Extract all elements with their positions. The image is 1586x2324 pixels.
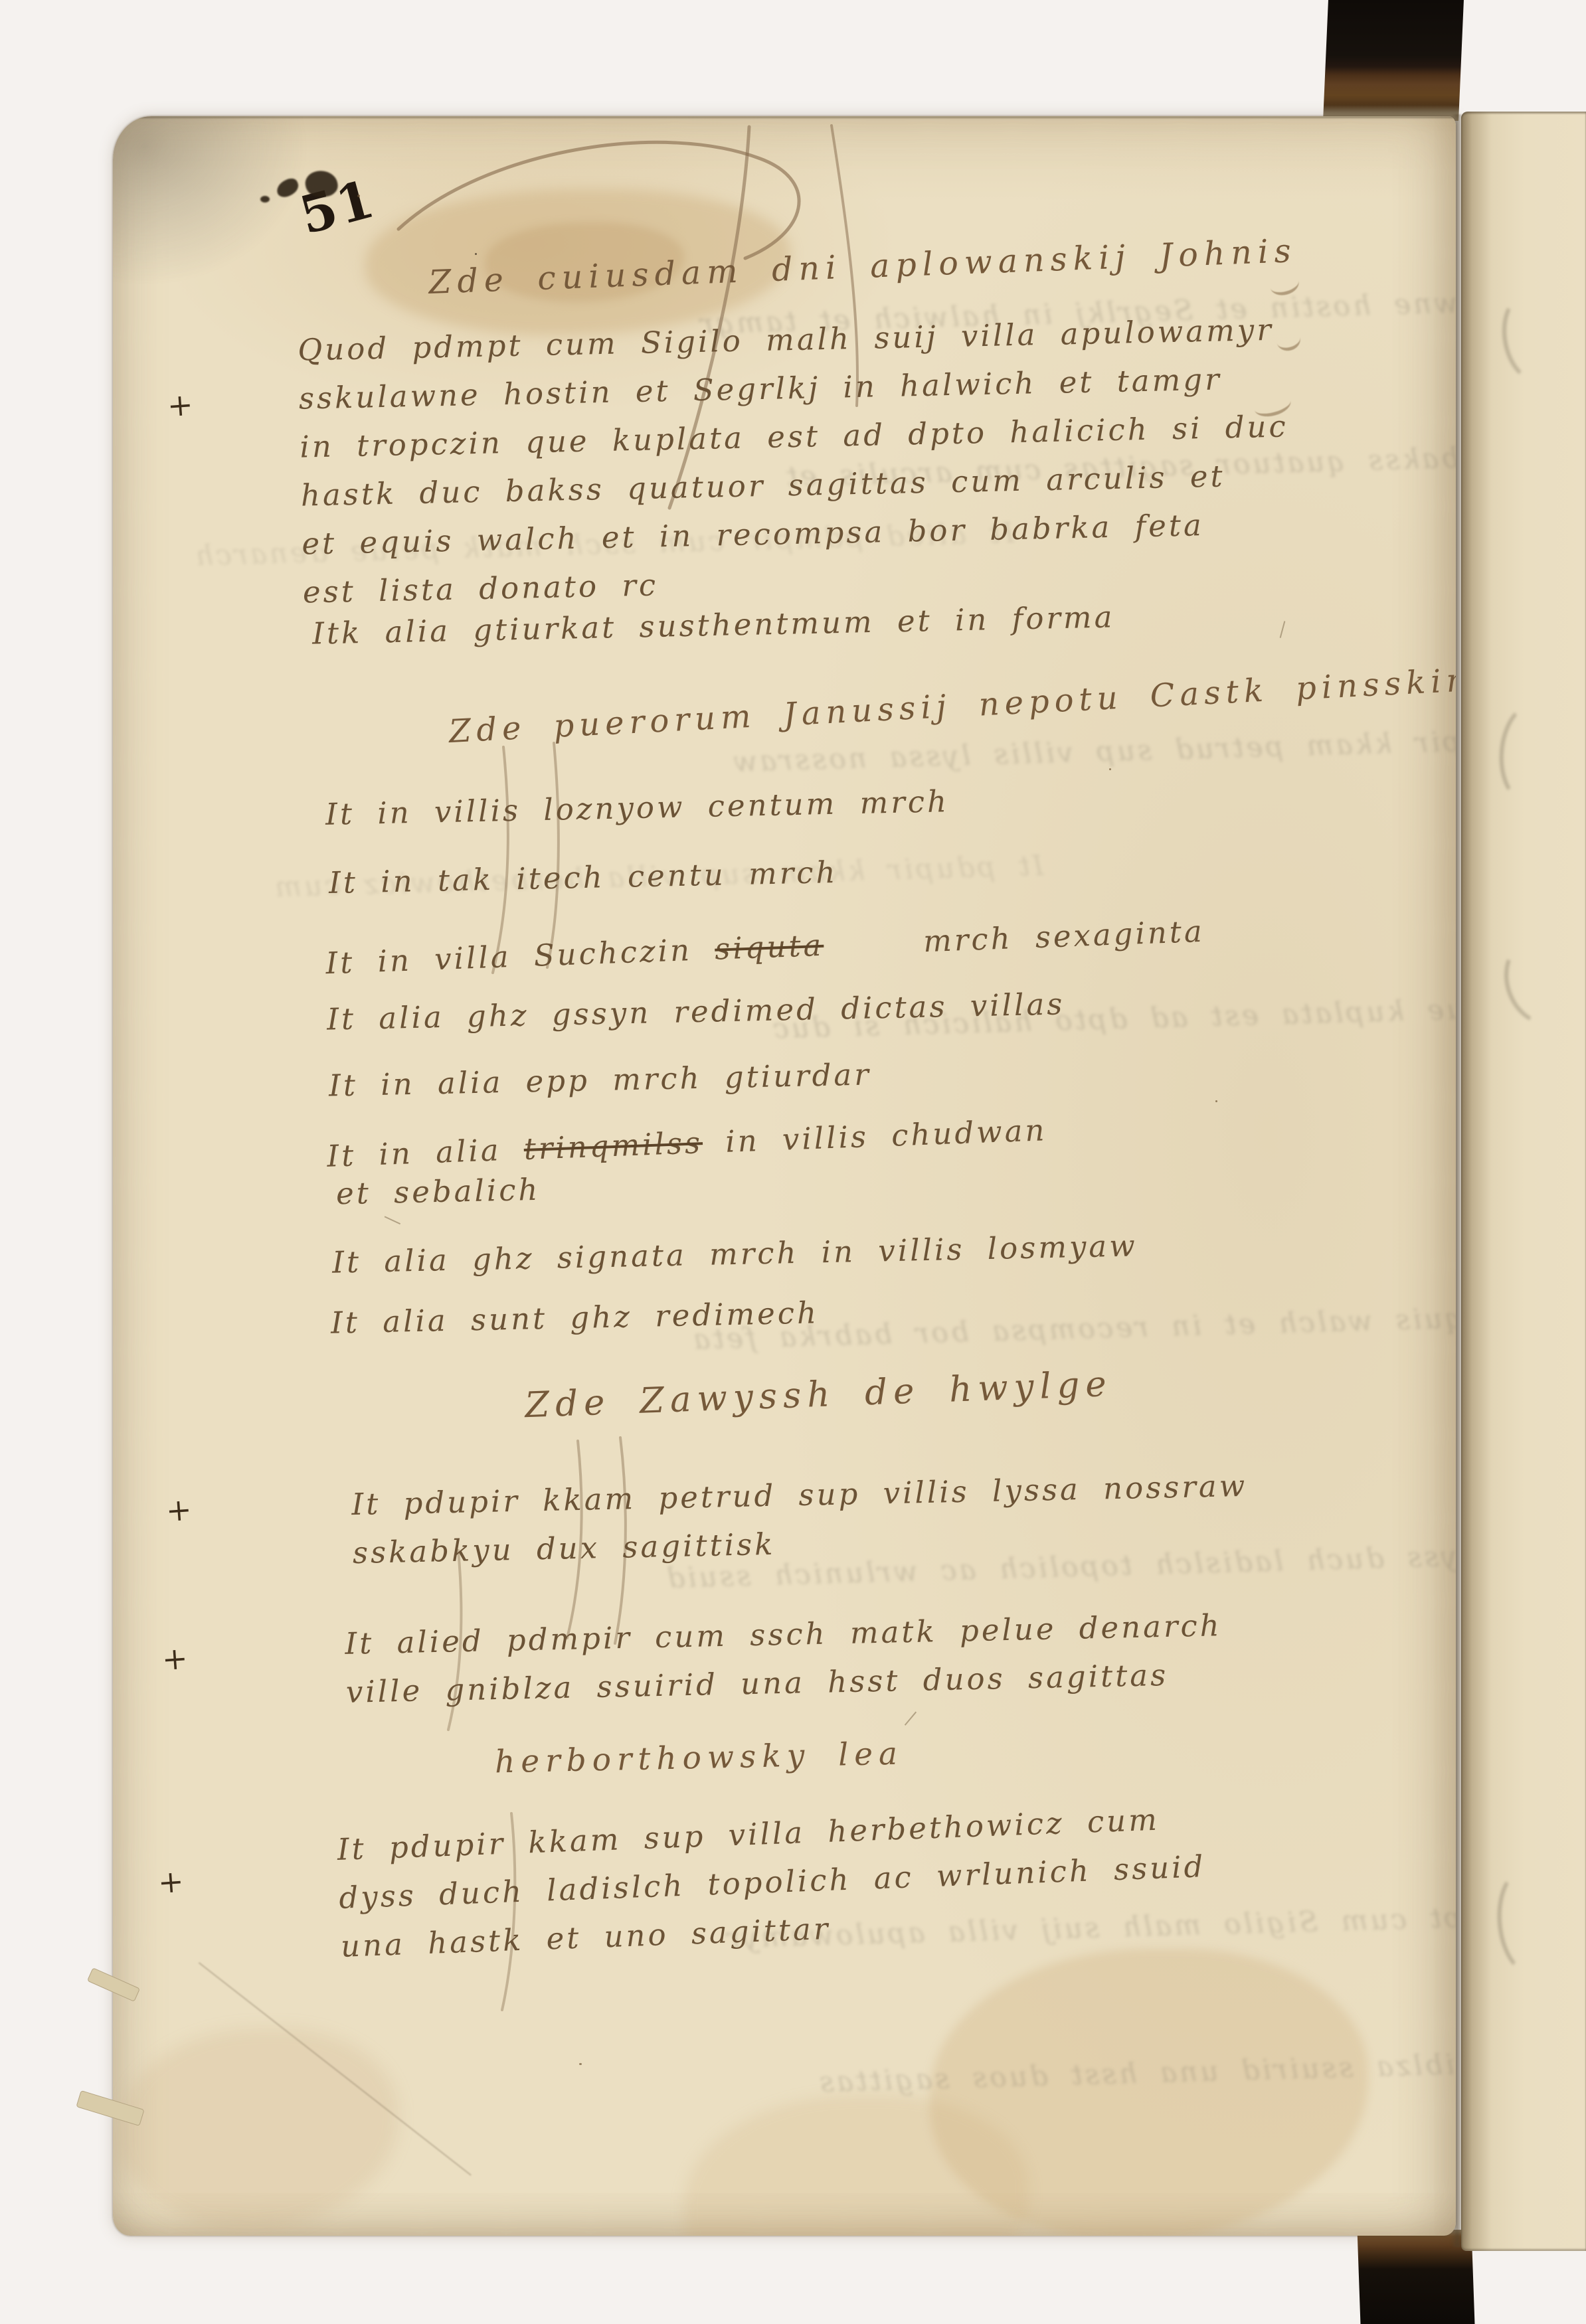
paper-fiber: [905, 1712, 917, 1726]
paper-speck: [1215, 1100, 1217, 1102]
ink-smudge: [260, 196, 270, 203]
paragraph: Quod pdmpt cum Sigilo malh suij villa ap…: [298, 305, 1292, 616]
entry-line: It alia ghz signata mrch in villis losmy…: [331, 1221, 1138, 1286]
entry-text: in villis chudwan: [702, 1112, 1047, 1160]
struck-word: siquta: [714, 928, 824, 967]
bleed-through-mark: [1496, 290, 1565, 386]
section-heading: Zde Zawyssh de hwylge: [524, 1364, 1113, 1426]
bleed-through-mark: [1493, 1865, 1563, 1977]
marginal-cross: +: [165, 1491, 193, 1529]
paragraph: It alied pdmpir cum ssch matk pelue dena…: [345, 1601, 1223, 1716]
entry-line: It in alia epp mrch gtiurdar: [328, 1050, 871, 1110]
entry-text: It in villa Suchczin: [325, 932, 715, 981]
paper-fiber: [1280, 621, 1285, 638]
binding-strap-top: [1323, 0, 1464, 121]
marginal-cross: +: [166, 386, 194, 424]
struck-word: trinqmilss: [523, 1125, 703, 1167]
manuscript-scan: sskulawne hostin et Segrlkj in halwich e…: [0, 0, 1586, 2324]
marginal-cross: +: [161, 1640, 189, 1678]
paragraph: It pdupir kkam petrud sup villis lyssa n…: [351, 1461, 1249, 1577]
next-folio-edge: [1461, 112, 1586, 2251]
paper-speck: [475, 253, 477, 255]
paper-fiber: [385, 1216, 400, 1224]
bleed-through-mark: [1496, 700, 1565, 805]
entry-line: It in villa Suchczin siqutamrch sexagint…: [325, 907, 1205, 987]
entry-text: mrch sexaginta: [823, 914, 1205, 963]
torn-corner: [113, 116, 313, 290]
section-heading: herborthowsky lea: [494, 1736, 903, 1781]
entry-line: It in villis loznyow centum mrch: [325, 777, 949, 839]
marginal-cross: +: [157, 1863, 185, 1901]
page-edge-shadow: [113, 116, 1456, 118]
bleed-through-mark: [1493, 930, 1586, 1035]
water-stain: [684, 2095, 1029, 2236]
paper-speck: [357, 195, 360, 197]
paper-speck: [1109, 768, 1111, 770]
entry-line: It alia sunt ghz redimech: [330, 1288, 819, 1347]
water-stain: [120, 2029, 398, 2228]
manuscript-page: sskulawne hostin et Segrlkj in halwich e…: [113, 116, 1456, 2236]
entry-line: It in tak itech centu mrch: [328, 848, 838, 907]
entry-line: et sebalich: [335, 1165, 541, 1218]
paper-speck: [579, 2063, 582, 2065]
